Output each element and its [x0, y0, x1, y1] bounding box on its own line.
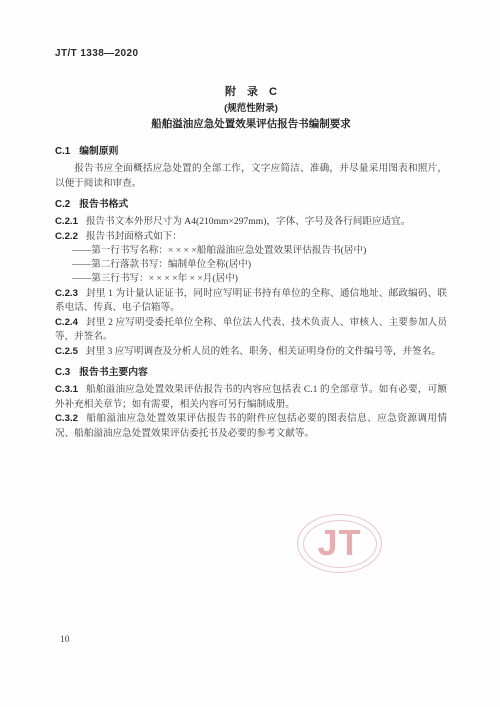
appendix-note: (规范性附录)	[55, 103, 447, 115]
clause-number: C.2.3	[55, 288, 86, 299]
clause-c2-4: C.2.4封里 2 应写明受委托单位全称、单位法人代表、技术负责人、审核人、主要…	[55, 316, 447, 345]
appendix-label: 附 录 C	[55, 86, 447, 99]
section-title: 编制原则	[79, 146, 118, 157]
section-heading-c1: C.1编制原则	[55, 145, 447, 158]
clause-c3-1: C.3.1船舶溢油应急处置效果评估报告书的内容应包括表 C.1 的全部章节。如有…	[55, 383, 447, 412]
document-page: JT/T 1338—2020 附 录 C (规范性附录) 船舶溢油应急处置效果评…	[0, 0, 500, 707]
clause-number: C.3.2	[55, 413, 86, 424]
section-heading-c2: C.2报告书格式	[55, 198, 447, 211]
clause-number: C.3.1	[55, 384, 86, 395]
clause-number: C.2.1	[55, 216, 86, 227]
clause-text: 封里 1 为计量认证证书，同时应写明证书持有单位的全称、通信地址、邮政编码、联系…	[55, 288, 447, 314]
appendix-title: 船舶溢油应急处置效果评估报告书编制要求	[55, 118, 447, 131]
clause-c2-3: C.2.3封里 1 为计量认证证书，同时应写明证书持有单位的全称、通信地址、邮政…	[55, 287, 447, 316]
jt-logo-text: JT	[317, 525, 361, 563]
appendix-content: 附 录 C (规范性附录) 船舶溢油应急处置效果评估报告书编制要求 C.1编制原…	[55, 86, 447, 441]
clause-number: C.2.2	[55, 231, 86, 242]
section-number: C.3	[55, 367, 79, 378]
section-title: 报告书主要内容	[79, 367, 148, 378]
dash-item-3: ——第三行书写：× × × ×年 × ×月(居中)	[55, 272, 447, 286]
section-number: C.2	[55, 199, 79, 210]
jt-logo-inner-ring: JT	[303, 520, 377, 568]
clause-number: C.2.4	[55, 317, 86, 328]
clause-text: 报告书封面格式如下：	[86, 231, 182, 242]
jt-logo-outer-ring: JT	[297, 514, 382, 573]
clause-text: 报告书文本外形尺寸为 A4(210mm×297mm)，字体、字号及各行间距应适宜…	[86, 216, 410, 227]
page-number: 10	[60, 635, 70, 645]
clause-list-c3: C.3.1船舶溢油应急处置效果评估报告书的内容应包括表 C.1 的全部章节。如有…	[55, 383, 447, 441]
clause-text: 船舶溢油应急处置效果评估报告书的附件应包括必要的图表信息、应急资源调用情况、船舶…	[55, 413, 447, 439]
clause-c3-2: C.3.2船舶溢油应急处置效果评估报告书的附件应包括必要的图表信息、应急资源调用…	[55, 412, 447, 441]
paragraph-c1: 报告书应全面概括应急处置的全部工作，文字应简洁、准确，并尽量采用图表和照片，以便…	[55, 162, 447, 191]
standard-code: JT/T 1338—2020	[55, 48, 138, 59]
section-number: C.1	[55, 146, 79, 157]
clause-list-c2: C.2.1报告书文本外形尺寸为 A4(210mm×297mm)，字体、字号及各行…	[55, 215, 447, 359]
dash-item-1: ——第一行书写名称：× × × ×船舶溢油应急处置效果评估报告书(居中)	[55, 244, 447, 258]
clause-text: 封里 3 应写明调查及分析人员的姓名、职务、相关证明身份的文件编号等，并签名。	[86, 346, 441, 357]
section-title: 报告书格式	[79, 199, 128, 210]
clause-number: C.2.5	[55, 346, 86, 357]
clause-c2-2: C.2.2报告书封面格式如下：	[55, 230, 447, 245]
jt-logo-watermark: JT	[297, 514, 382, 573]
clause-text: 封里 2 应写明受委托单位全称、单位法人代表、技术负责人、审核人、主要参加人员等…	[55, 317, 447, 343]
clause-c2-5: C.2.5封里 3 应写明调查及分析人员的姓名、职务、相关证明身份的文件编号等，…	[55, 345, 447, 360]
section-heading-c3: C.3报告书主要内容	[55, 366, 447, 379]
clause-c2-1: C.2.1报告书文本外形尺寸为 A4(210mm×297mm)，字体、字号及各行…	[55, 215, 447, 230]
dash-item-2: ——第二行落款书写：编制单位全称(居中)	[55, 258, 447, 272]
clause-text: 船舶溢油应急处置效果评估报告书的内容应包括表 C.1 的全部章节。如有必要，可额…	[55, 384, 447, 410]
